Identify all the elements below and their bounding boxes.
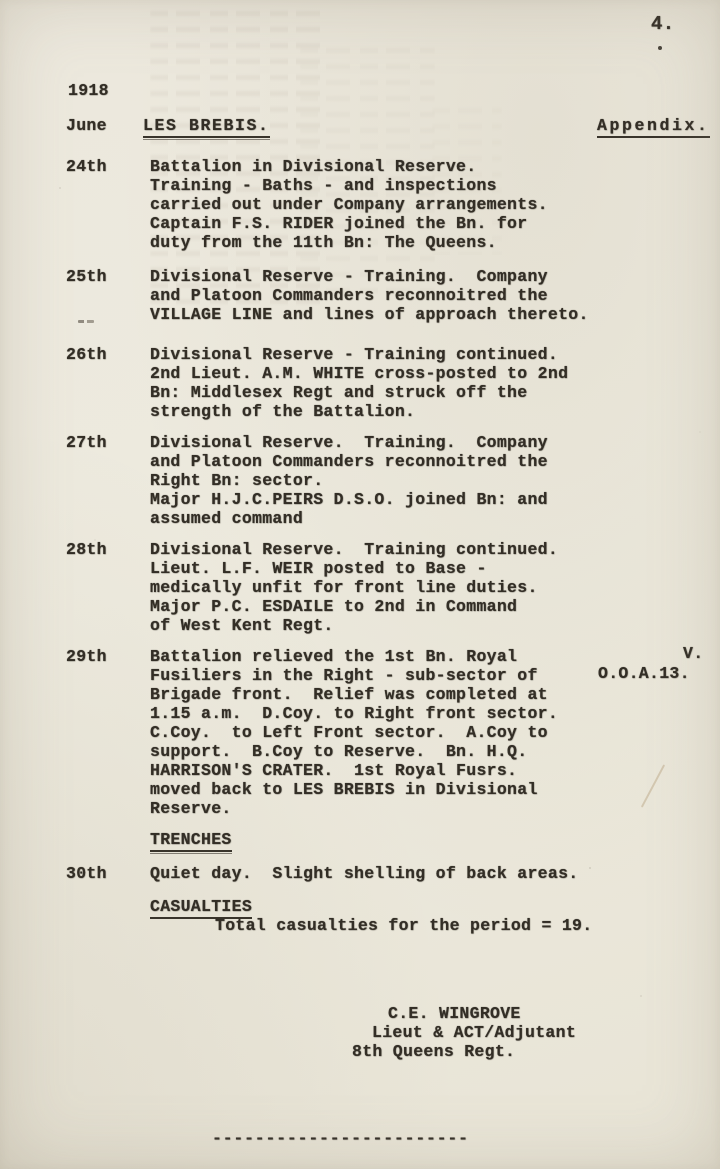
margin-dash-mark [78, 320, 94, 323]
entry-body: Battalion relieved the 1st Bn. Royal Fus… [150, 647, 558, 818]
entry-line: Fusiliers in the Right - sub-sector of [150, 666, 558, 685]
entry-line: Battalion relieved the 1st Bn. Royal [150, 647, 558, 666]
entry-line: moved back to LES BREBIS in Divisional [150, 780, 558, 799]
entry-line: Lieut. L.F. WEIR posted to Base - [150, 559, 558, 578]
margin-ref-appendix-v: V. [683, 644, 703, 663]
signature-name: C.E. WINGROVE [388, 1004, 521, 1023]
year-label: 1918 [68, 81, 109, 100]
entry-line: HARRISON'S CRATER. 1st Royal Fusrs. [150, 761, 558, 780]
month-label: June [66, 116, 107, 135]
entry-line: VILLAGE LINE and lines of approach there… [150, 305, 589, 324]
entry-body: Divisional Reserve. Training continued. … [150, 540, 558, 635]
paper-scratch [641, 764, 665, 807]
signature-rank: Lieut & ACT/Adjutant [372, 1023, 576, 1042]
entry-line: duty from the 11th Bn: The Queens. [150, 233, 548, 252]
entry-body: Divisional Reserve - Training. Company a… [150, 267, 589, 324]
entry-body: Divisional Reserve - Training continued.… [150, 345, 568, 421]
entry-line: assumed command [150, 509, 548, 528]
location-heading-text: LES BREBIS. [143, 116, 270, 138]
entry-line: strength of the Battalion. [150, 402, 568, 421]
entry-date: 30th [66, 864, 150, 883]
entry-line: Quiet day. Slight shelling of back areas… [150, 864, 578, 883]
margin-ref-ooa13: O.O.A.13. [598, 664, 690, 683]
appendix-heading: Appendix. [597, 116, 710, 138]
entry-date: 27th [66, 433, 150, 528]
diary-entry-24th: 24th Battalion in Divisional Reserve. Tr… [66, 157, 548, 252]
diary-entry-25th: 25th Divisional Reserve - Training. Comp… [66, 267, 589, 324]
entry-line: Training - Baths - and inspections [150, 176, 548, 195]
entry-line: Reserve. [150, 799, 558, 818]
entry-date: 29th [66, 647, 150, 818]
entry-date: 24th [66, 157, 150, 252]
entry-line: and Platoon Commanders reconnoitred the [150, 452, 548, 471]
casualties-total: Total casualties for the period = 19. [215, 916, 592, 935]
entry-date: 28th [66, 540, 150, 635]
entry-line: Battalion in Divisional Reserve. [150, 157, 548, 176]
entry-line: medically unfit for front line duties. [150, 578, 558, 597]
signature-unit: 8th Queens Regt. [352, 1042, 515, 1061]
entry-line: Divisional Reserve. Training continued. [150, 540, 558, 559]
entry-line: Major P.C. ESDAILE to 2nd in Command [150, 597, 558, 616]
entry-line: C.Coy. to Left Front sector. A.Coy to [150, 723, 558, 742]
section-heading-trenches: TRENCHES [150, 830, 232, 852]
entry-line: Bn: Middlesex Regt and struck off the [150, 383, 568, 402]
diary-entry-27th: 27th Divisional Reserve. Training. Compa… [66, 433, 548, 528]
entry-line: Right Bn: sector. [150, 471, 548, 490]
entry-line: 2nd Lieut. A.M. WHITE cross-posted to 2n… [150, 364, 568, 383]
entry-line: carried out under Company arrangements. [150, 195, 548, 214]
diary-entry-26th: 26th Divisional Reserve - Training conti… [66, 345, 568, 421]
section-heading-trenches-text: TRENCHES [150, 830, 232, 852]
entry-line: of West Kent Regt. [150, 616, 558, 635]
entry-date: 25th [66, 267, 150, 324]
entry-line: 1.15 a.m. D.Coy. to Right front sector. [150, 704, 558, 723]
entry-body: Battalion in Divisional Reserve. Trainin… [150, 157, 548, 252]
diary-entry-30th: 30th Quiet day. Slight shelling of back … [66, 864, 578, 883]
entry-date: 26th [66, 345, 150, 421]
entry-line: Brigade front. Relief was completed at [150, 685, 558, 704]
page-number: 4. [651, 15, 674, 34]
appendix-heading-text: Appendix. [597, 116, 710, 138]
entry-line: and Platoon Commanders reconnoitred the [150, 286, 589, 305]
entry-line: support. B.Coy to Reserve. Bn. H.Q. [150, 742, 558, 761]
entry-line: Divisional Reserve - Training continued. [150, 345, 568, 364]
typed-rule: ------------------------ [212, 1129, 469, 1148]
entry-line: Captain F.S. RIDER joined the Bn. for [150, 214, 548, 233]
war-diary-page: 4. 1918 June LES BREBIS. Appendix. 24th … [0, 0, 720, 1169]
entry-line: Divisional Reserve. Training. Company [150, 433, 548, 452]
entry-body: Quiet day. Slight shelling of back areas… [150, 864, 578, 883]
ink-dot [658, 46, 662, 50]
diary-entry-28th: 28th Divisional Reserve. Training contin… [66, 540, 558, 635]
location-heading: LES BREBIS. [143, 116, 270, 138]
entry-line: Major H.J.C.PEIRS D.S.O. joined Bn: and [150, 490, 548, 509]
diary-entry-29th: 29th Battalion relieved the 1st Bn. Roya… [66, 647, 558, 818]
entry-body: Divisional Reserve. Training. Company an… [150, 433, 548, 528]
entry-line: Divisional Reserve - Training. Company [150, 267, 589, 286]
